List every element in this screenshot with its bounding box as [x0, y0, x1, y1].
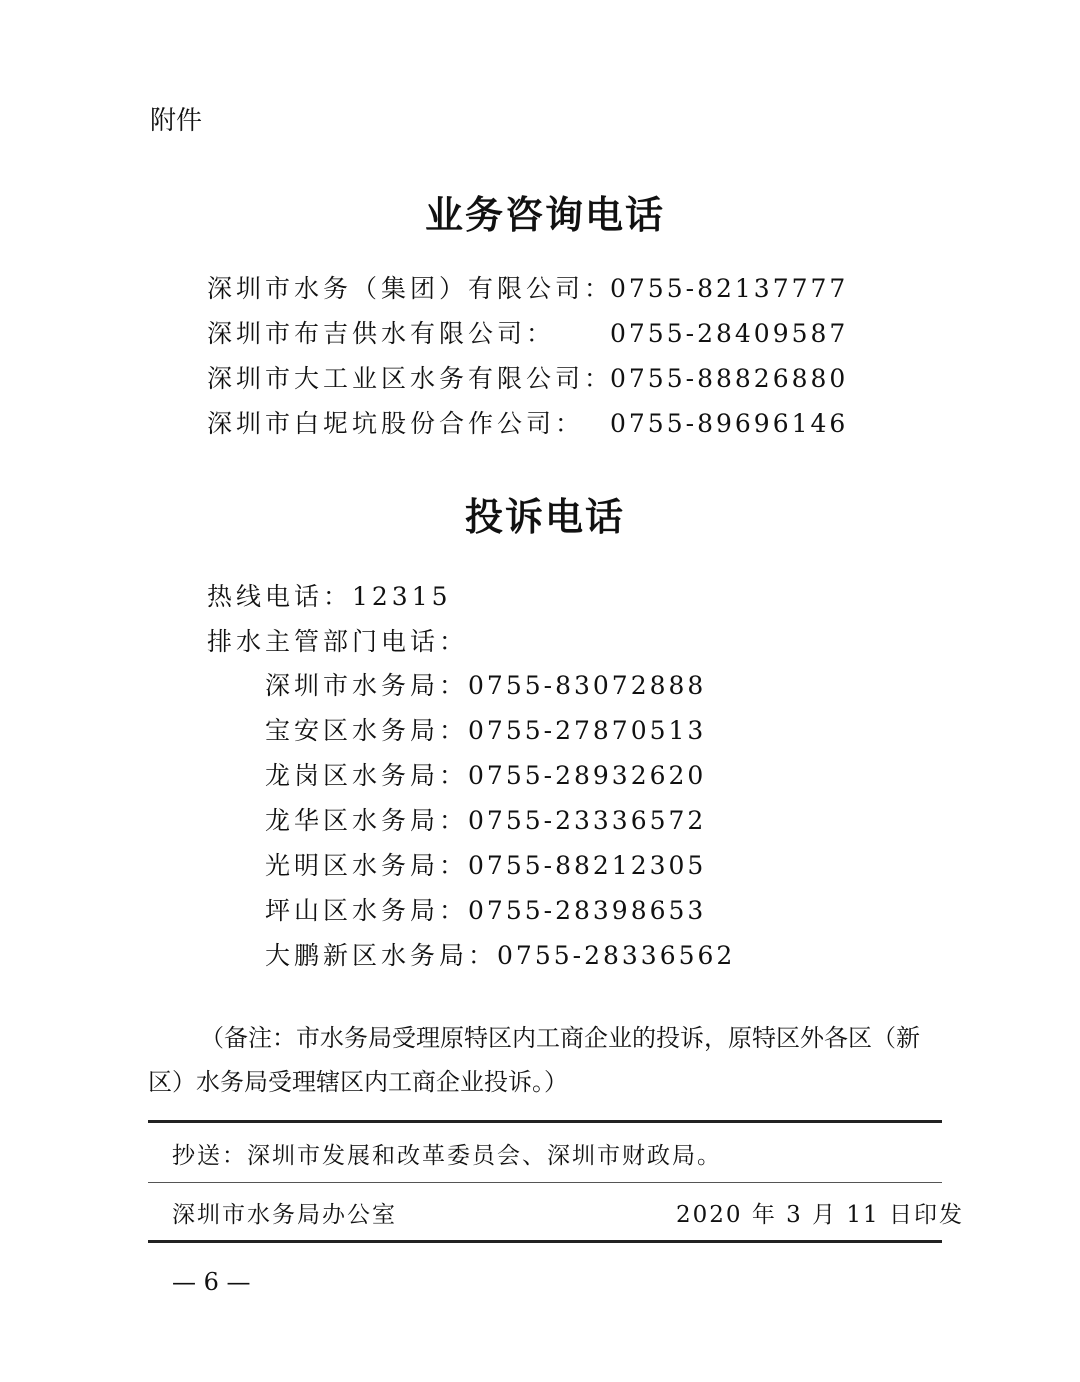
entry-name: 大鹏新区水务局：	[265, 941, 497, 970]
dept-entry: 龙岗区水务局：0755-28932620	[265, 753, 706, 798]
entry-name: 龙岗区水务局：	[265, 761, 468, 790]
middle-thin-rule	[148, 1182, 942, 1183]
dept-entry: 宝安区水务局：0755-27870513	[265, 708, 706, 753]
entry-name: 光明区水务局：	[265, 851, 468, 880]
dept-entry: 大鹏新区水务局：0755-28336562	[265, 933, 735, 978]
entry-phone: 0755-27870513	[468, 716, 706, 745]
issuing-office: 深圳市水务局办公室	[172, 1196, 397, 1229]
entry-phone: 0755-89696146	[610, 401, 848, 446]
dept-entry: 坪山区水务局：0755-28398653	[265, 888, 706, 933]
entry-name: 深圳市大工业区水务有限公司：	[207, 356, 613, 401]
bottom-thick-rule	[148, 1240, 942, 1243]
entry-name: 龙华区水务局：	[265, 806, 468, 835]
issue-date: 2020 年 3 月 11 日印发	[676, 1196, 964, 1229]
page-number: — 6 —	[172, 1268, 251, 1296]
consult-entry: 深圳市大工业区水务有限公司： 0755-88826880	[207, 356, 807, 401]
consult-entry: 深圳市水务（集团）有限公司： 0755-82137777	[207, 266, 807, 311]
entry-phone: 0755-28398653	[468, 896, 706, 925]
entry-name: 深圳市水务局：	[265, 671, 468, 700]
dept-entry: 深圳市水务局：0755-83072888	[265, 663, 706, 708]
consult-entry: 深圳市布吉供水有限公司： 0755-28409587	[207, 311, 807, 356]
cc-line: 抄送：深圳市发展和改革委员会、深圳市财政局。	[172, 1137, 722, 1170]
dept-entry: 龙华区水务局：0755-23336572	[265, 798, 706, 843]
entry-name: 深圳市水务（集团）有限公司：	[207, 266, 613, 311]
entry-name: 深圳市布吉供水有限公司：	[207, 311, 555, 356]
entry-phone: 0755-23336572	[468, 806, 706, 835]
attachment-label: 附件	[150, 100, 202, 137]
entry-phone: 0755-82137777	[610, 266, 848, 311]
hotline: 热线电话：12315	[207, 574, 452, 619]
complaint-section-title: 投诉电话	[0, 486, 1080, 541]
entry-phone: 0755-88212305	[468, 851, 706, 880]
entry-phone: 0755-28409587	[610, 311, 848, 356]
entry-name: 深圳市白坭坑股份合作公司：	[207, 401, 584, 446]
consult-entry: 深圳市白坭坑股份合作公司： 0755-89696146	[207, 401, 807, 446]
entry-phone: 0755-28932620	[468, 761, 706, 790]
dept-label: 排水主管部门电话：	[207, 619, 468, 664]
consult-section-title: 业务咨询电话	[0, 184, 1080, 239]
entry-phone: 0755-88826880	[610, 356, 848, 401]
entry-phone: 0755-28336562	[497, 941, 735, 970]
entry-phone: 0755-83072888	[468, 671, 706, 700]
remark-note: （备注：市水务局受理原特区内工商企业的投诉，原特区外各区（新区）水务局受理辖区内…	[148, 1016, 948, 1104]
top-thick-rule	[148, 1120, 942, 1123]
dept-entry: 光明区水务局：0755-88212305	[265, 843, 706, 888]
entry-name: 坪山区水务局：	[265, 896, 468, 925]
entry-name: 宝安区水务局：	[265, 716, 468, 745]
